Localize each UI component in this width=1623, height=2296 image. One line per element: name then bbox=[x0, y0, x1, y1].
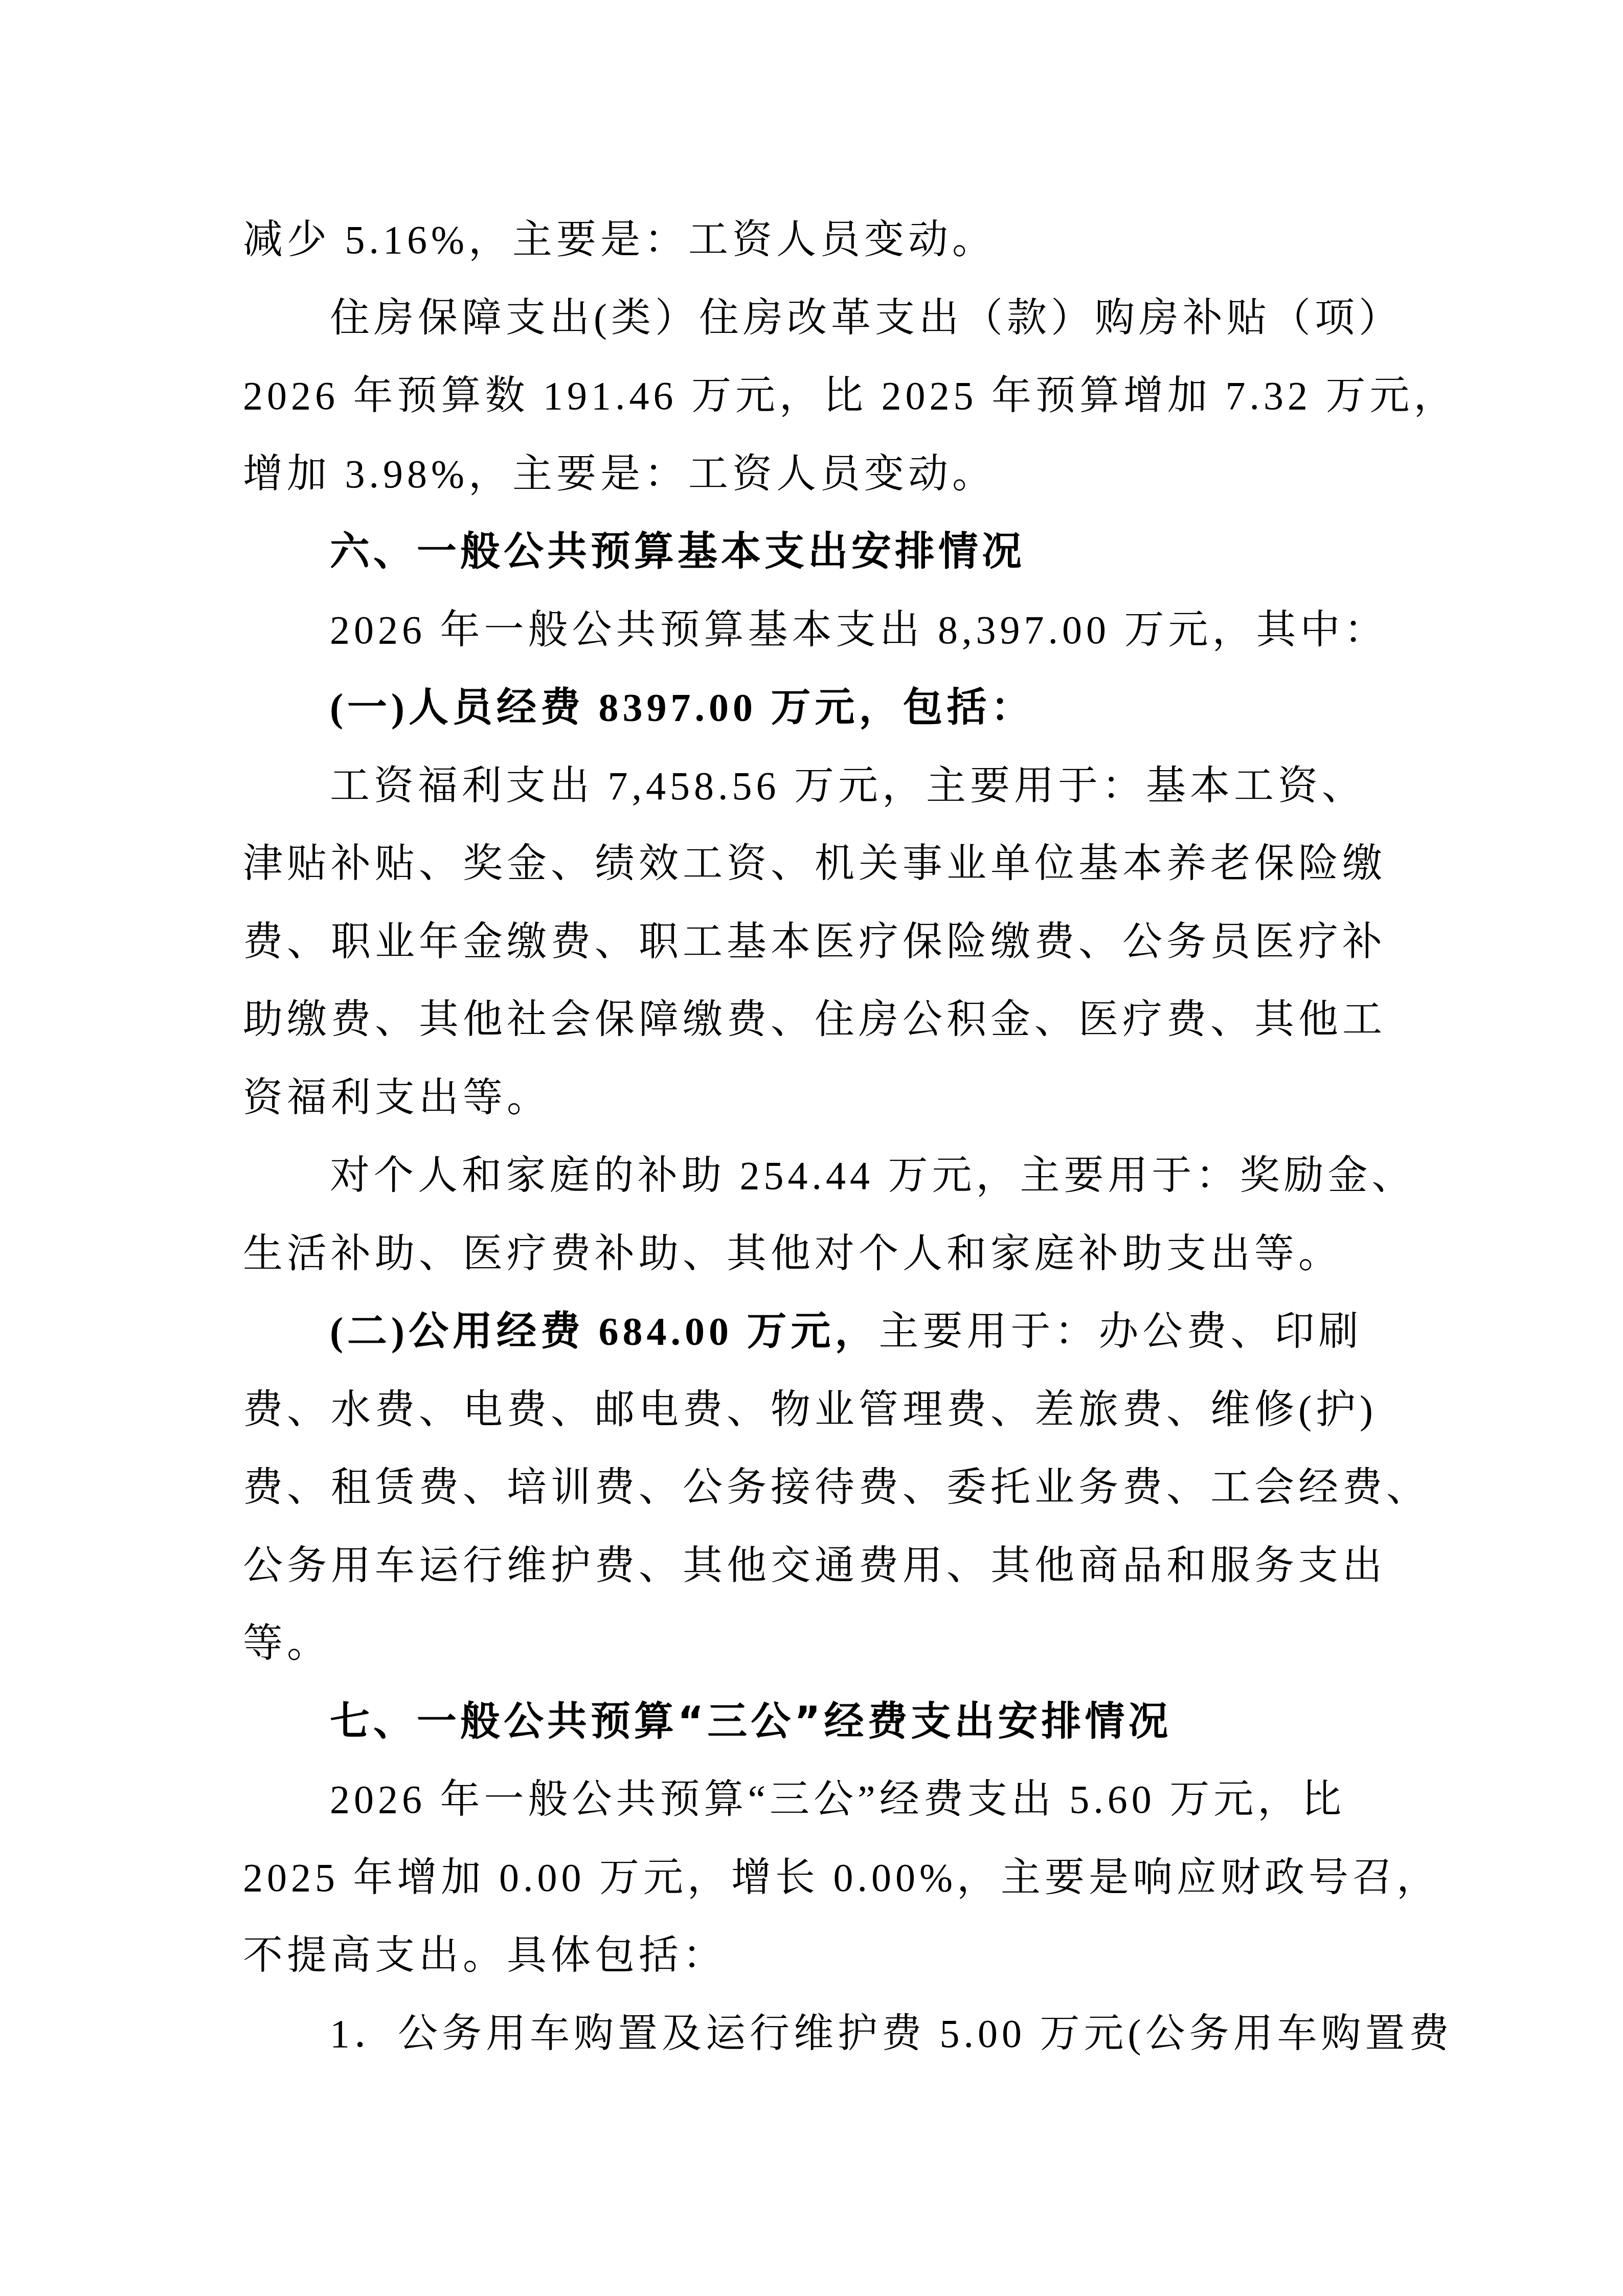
text-line: 工资福利支出 7,458.56 万元，主要用于：基本工资、 bbox=[243, 747, 1391, 825]
text-line: 2025 年增加 0.00 万元，增长 0.00%，主要是响应财政号召， bbox=[243, 1839, 1391, 1917]
text-line: 生活补助、医疗费补助、其他对个人和家庭补助支出等。 bbox=[243, 1215, 1391, 1293]
text-line: 住房保障支出(类）住房改革支出（款）购房补贴（项） bbox=[243, 279, 1391, 357]
document-page: 减少 5.16%，主要是：工资人员变动。 住房保障支出(类）住房改革支出（款）购… bbox=[0, 0, 1623, 2296]
text-line: 不提高支出。具体包括： bbox=[243, 1917, 1391, 1995]
text-line: 对个人和家庭的补助 254.44 万元，主要用于：奖励金、 bbox=[243, 1137, 1391, 1215]
text-line: 助缴费、其他社会保障缴费、住房公积金、医疗费、其他工 bbox=[243, 981, 1391, 1059]
text-line: 费、租赁费、培训费、公务接待费、委托业务费、工会经费、 bbox=[243, 1449, 1391, 1527]
text-line: 资福利支出等。 bbox=[243, 1059, 1391, 1137]
text-line: 费、职业年金缴费、职工基本医疗保险缴费、公务员医疗补 bbox=[243, 903, 1391, 981]
text-block: 减少 5.16%，主要是：工资人员变动。 住房保障支出(类）住房改革支出（款）购… bbox=[243, 201, 1391, 2073]
text-line: 2026 年一般公共预算基本支出 8,397.00 万元，其中： bbox=[243, 591, 1391, 669]
text-line: 2026 年预算数 191.46 万元，比 2025 年预算增加 7.32 万元… bbox=[243, 357, 1391, 435]
text-line: 增加 3.98%，主要是：工资人员变动。 bbox=[243, 435, 1391, 513]
text-line: 等。 bbox=[243, 1605, 1391, 1683]
text-line: 2026 年一般公共预算“三公”经费支出 5.60 万元，比 bbox=[243, 1761, 1391, 1839]
text-line: 费、水费、电费、邮电费、物业管理费、差旅费、维修(护) bbox=[243, 1371, 1391, 1449]
text-line: 公务用车运行维护费、其他交通费用、其他商品和服务支出 bbox=[243, 1527, 1391, 1605]
text-line: 1．公务用车购置及运行维护费 5.00 万元(公务用车购置费 bbox=[243, 1995, 1391, 2073]
subsection-title-personnel-funds: (一)人员经费 8397.00 万元，包括： bbox=[243, 669, 1391, 747]
section-heading-seven: 七、一般公共预算“三公”经费支出安排情况 bbox=[243, 1683, 1391, 1761]
bold-text-segment: (二)公用经费 684.00 万元， bbox=[330, 1309, 878, 1354]
section-heading-six: 六、一般公共预算基本支出安排情况 bbox=[243, 513, 1391, 591]
subsection-title-public-funds: (二)公用经费 684.00 万元，主要用于：办公费、印刷 bbox=[243, 1293, 1391, 1371]
text-line: 减少 5.16%，主要是：工资人员变动。 bbox=[243, 201, 1391, 279]
text-segment: 主要用于：办公费、印刷 bbox=[878, 1309, 1362, 1354]
text-line: 津贴补贴、奖金、绩效工资、机关事业单位基本养老保险缴 bbox=[243, 825, 1391, 903]
